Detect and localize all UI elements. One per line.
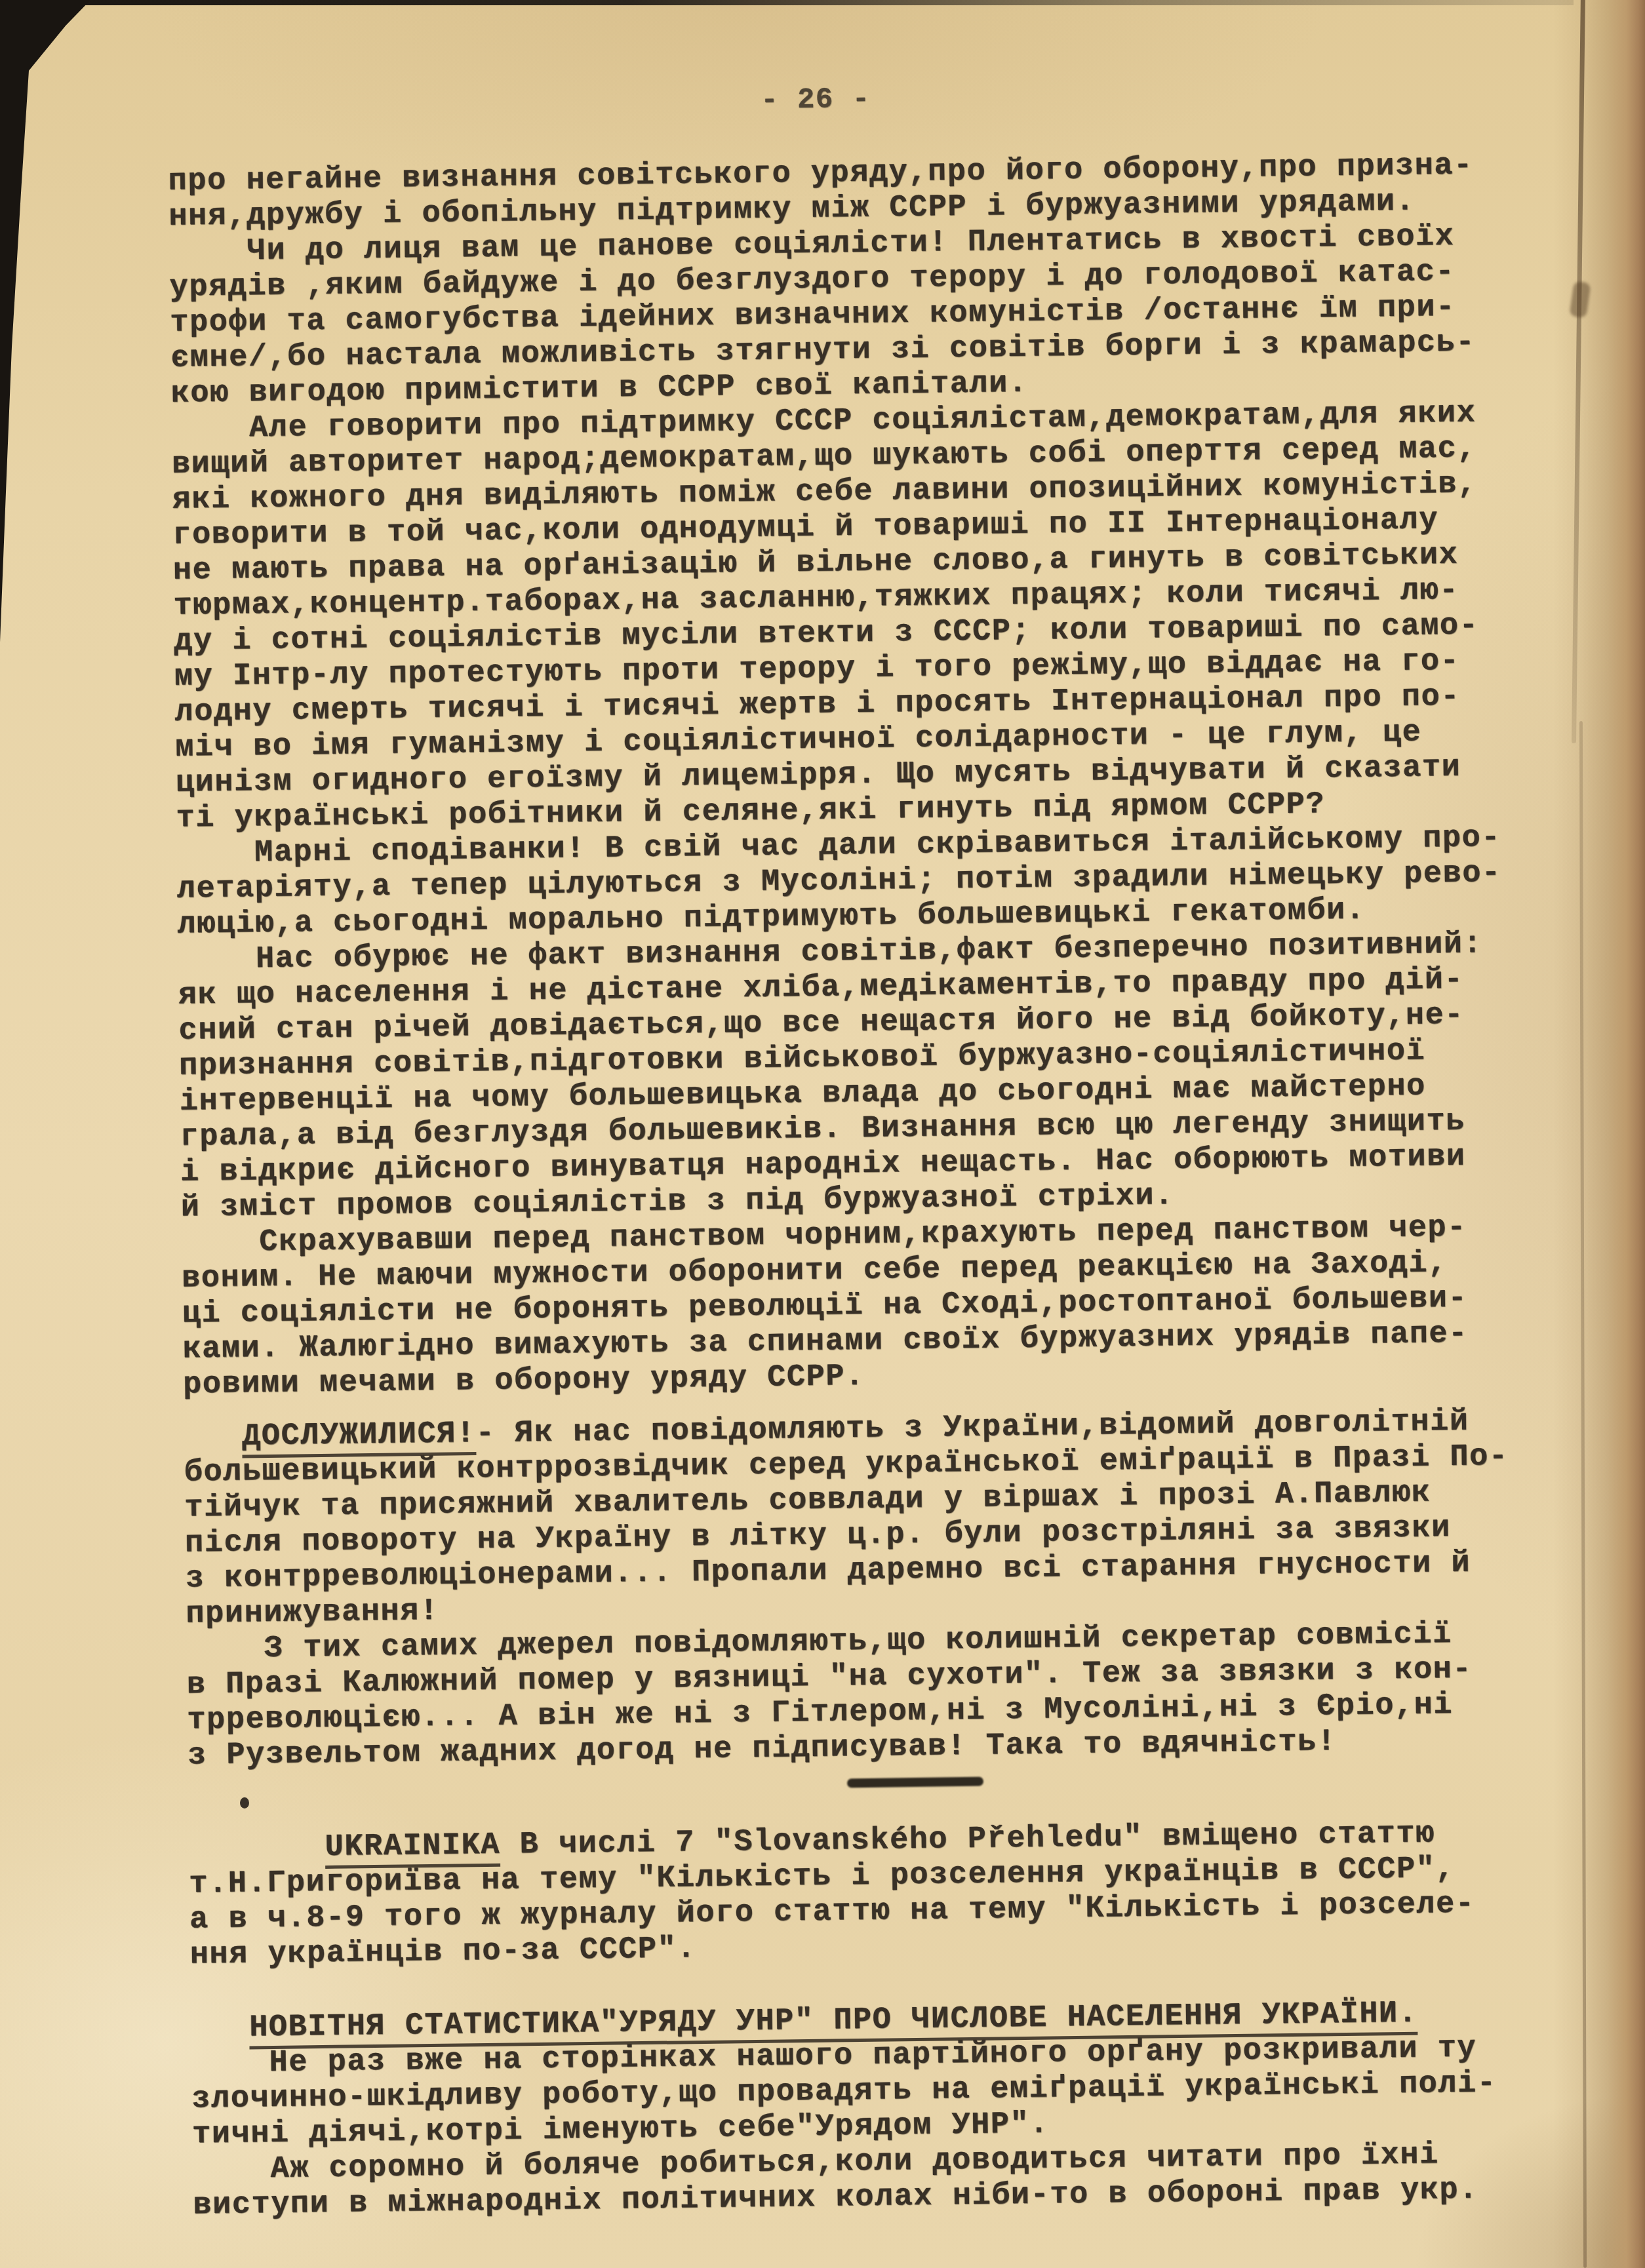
paragraph: З тих самих джерел повідомляють,що колиш…: [186, 1616, 1551, 1774]
scan-backing-corner: [0, 0, 105, 642]
paragraph: UKRAINIKA В числі 7 "Slovanského Přehled…: [188, 1815, 1553, 1973]
underlined-text: UKRAINIKA: [325, 1828, 500, 1869]
paragraph: Чи до лиця вам це панове соціялісти! Пле…: [169, 218, 1535, 412]
paragraph: Не раз вже на сторінках нашого партійног…: [191, 2030, 1556, 2153]
scan-edge-top: [0, 0, 1574, 5]
stray-ink-dot: [240, 1797, 249, 1809]
typed-text: - 26 - про негайне визнання совітського …: [167, 77, 1557, 2223]
paragraph: ДОСЛУЖИЛИСЯ!- Як нас повідомляють з Укра…: [184, 1403, 1550, 1632]
paragraph: Скрахувавши перед панством чорним,крахую…: [181, 1209, 1547, 1403]
paragraph: Нас обурює не факт визнання совітів,факт…: [178, 926, 1545, 1226]
paragraph: Марні сподіванки! В свій час дали скріва…: [176, 820, 1541, 943]
paragraph: Але говорити про підтримку СССР соціяліс…: [171, 395, 1540, 836]
ink-smudge: [847, 1777, 983, 1788]
page-edge-right: [1553, 0, 1645, 2268]
scanned-page: - 26 - про негайне визнання совітського …: [0, 0, 1645, 2268]
page-number: - 26 -: [167, 77, 1531, 122]
